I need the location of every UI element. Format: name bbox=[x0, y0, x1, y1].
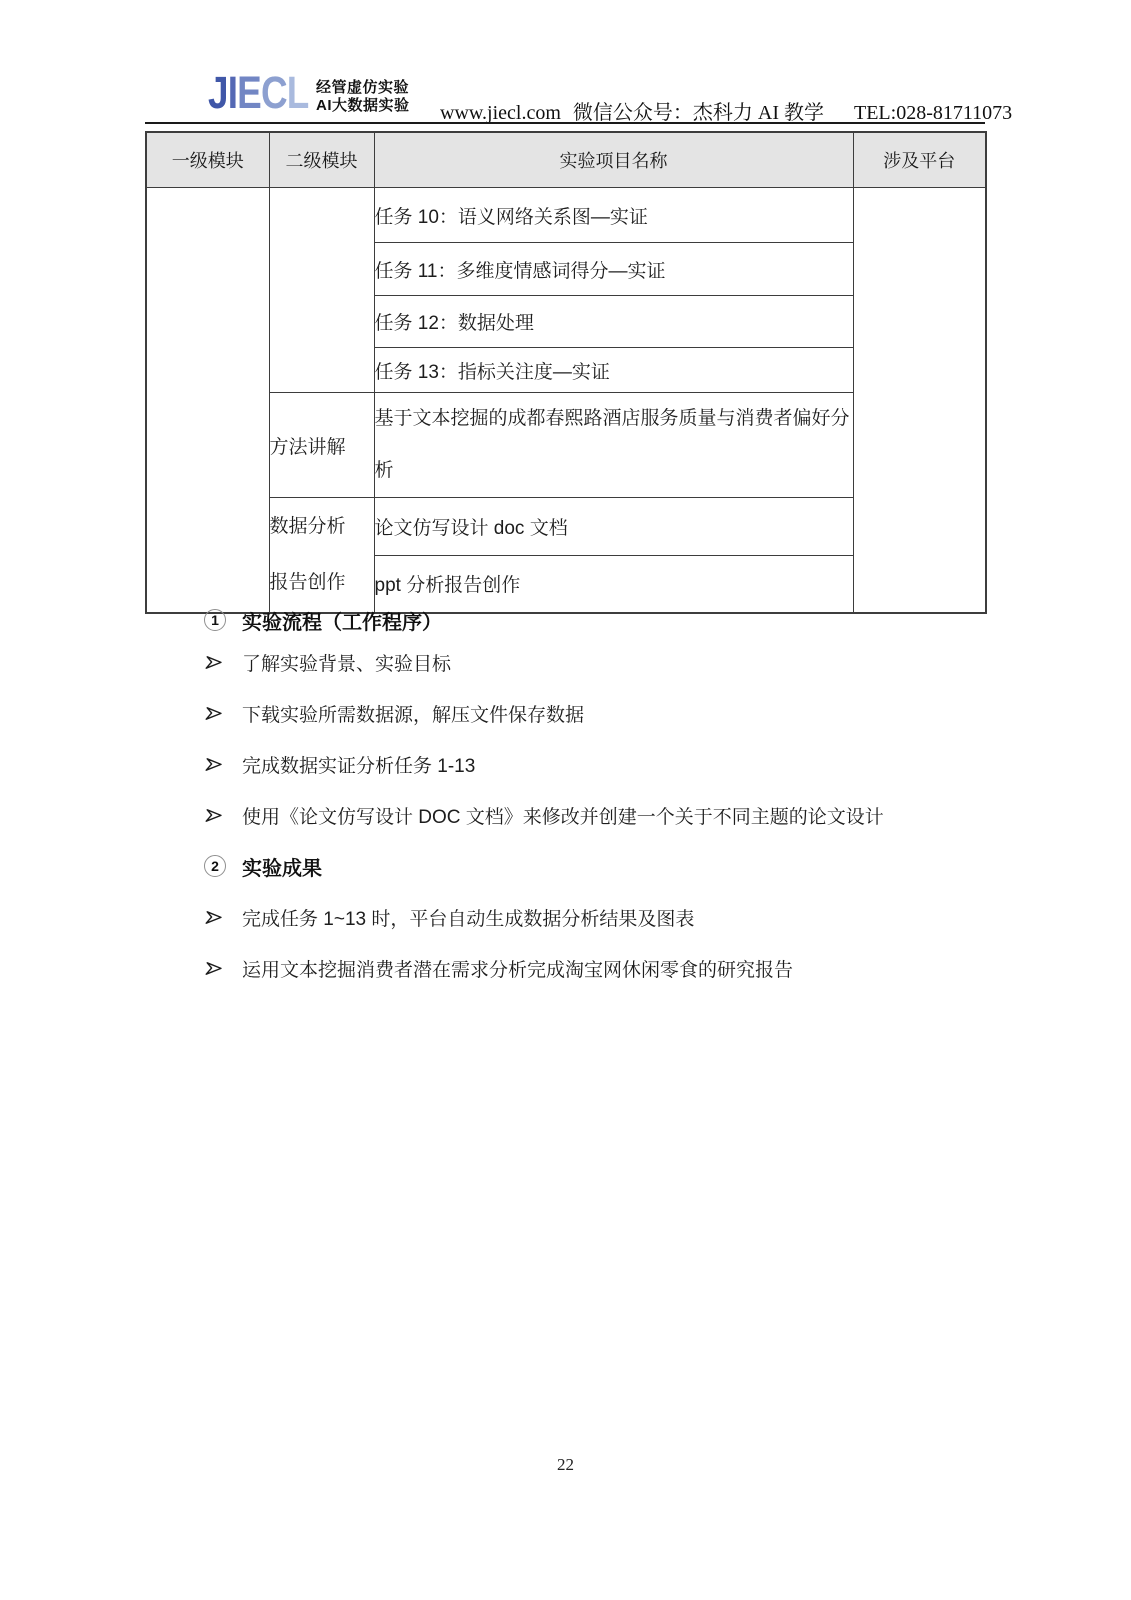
bullet-item: 完成任务 1~13 时，平台自动生成数据分析结果及图表 bbox=[204, 903, 694, 931]
report-group-line2: 报告创作 bbox=[270, 555, 374, 611]
bullet-item-text: 了解实验背景、实验目标 bbox=[242, 649, 451, 676]
header-contact: www.jiecl.com微信公众号：杰科力 AI 教学TEL:028-8171… bbox=[440, 96, 1012, 125]
circled-number-icon: 1 bbox=[204, 609, 226, 631]
circled-number-icon: 2 bbox=[204, 855, 226, 877]
bullet-item-text: 完成任务 1~13 时，平台自动生成数据分析结果及图表 bbox=[242, 904, 694, 931]
bullet-item-text: 完成数据实证分析任务 1-13 bbox=[242, 751, 475, 778]
report-ppt-cell: ppt 分析报告创作 bbox=[374, 556, 853, 613]
bullet-item-text: 运用文本挖掘消费者潜在需求分析完成淘宝网休闲零食的研究报告 bbox=[242, 955, 793, 982]
section-heading: 1 实验流程（工作程序） bbox=[204, 606, 442, 634]
wechat-text: 微信公众号：杰科力 AI 教学 bbox=[573, 102, 824, 124]
logo-tagline-line2: AI大数据实验 bbox=[316, 97, 410, 115]
table-row: 任务 10：语义网络关系图—实证 bbox=[146, 188, 986, 243]
report-doc-cell: 论文仿写设计 doc 文档 bbox=[374, 498, 853, 556]
table-header-row: 一级模块 二级模块 实验项目名称 涉及平台 bbox=[146, 132, 986, 188]
section-title: 实验成果 bbox=[242, 852, 322, 881]
method-group-cell: 方法讲解 bbox=[269, 393, 374, 498]
task-cell: 任务 10：语义网络关系图—实证 bbox=[374, 188, 853, 243]
method-project-cell: 基于文本挖掘的成都春熙路酒店服务质量与消费者偏好分析 bbox=[374, 393, 853, 498]
logo-tagline: 经管虚仿实验 AI大数据实验 bbox=[316, 79, 410, 115]
bullet-item-text: 使用《论文仿写设计 DOC 文档》来修改并创建一个关于不同主题的论文设计 bbox=[242, 802, 884, 829]
website-text: www.jiecl.com bbox=[440, 102, 561, 124]
bullet-item: 完成数据实证分析任务 1-13 bbox=[204, 750, 475, 778]
jiecl-logo-text: JIECL bbox=[208, 70, 309, 115]
module2-empty-cell bbox=[269, 188, 374, 393]
section-title: 实验流程（工作程序） bbox=[242, 606, 442, 635]
task-cell: 任务 11：多维度情感词得分—实证 bbox=[374, 243, 853, 296]
arrow-bullet-icon bbox=[204, 961, 226, 976]
document-page: JIECL 经管虚仿实验 AI大数据实验 www.jiecl.com微信公众号：… bbox=[0, 0, 1131, 1600]
col-header-platform: 涉及平台 bbox=[853, 132, 986, 188]
col-header-project: 实验项目名称 bbox=[374, 132, 853, 188]
platform-empty-cell bbox=[853, 188, 986, 613]
logo-tagline-line1: 经管虚仿实验 bbox=[316, 79, 410, 97]
arrow-bullet-icon bbox=[204, 655, 226, 670]
header-rule bbox=[145, 122, 985, 124]
task-cell: 任务 12：数据处理 bbox=[374, 296, 853, 348]
bullet-item: 使用《论文仿写设计 DOC 文档》来修改并创建一个关于不同主题的论文设计 bbox=[204, 801, 884, 829]
bullet-item: 运用文本挖掘消费者潜在需求分析完成淘宝网休闲零食的研究报告 bbox=[204, 954, 793, 982]
arrow-bullet-icon bbox=[204, 706, 226, 721]
tel-text: TEL:028-81711073 bbox=[854, 102, 1012, 124]
experiment-table: 一级模块 二级模块 实验项目名称 涉及平台 任务 10：语义网络关系图—实证 任… bbox=[145, 131, 987, 614]
report-group-line1: 数据分析 bbox=[270, 499, 374, 555]
bullet-item: 了解实验背景、实验目标 bbox=[204, 648, 451, 676]
arrow-bullet-icon bbox=[204, 910, 226, 925]
module1-empty-cell bbox=[146, 188, 269, 613]
col-header-module1: 一级模块 bbox=[146, 132, 269, 188]
section-heading: 2 实验成果 bbox=[204, 852, 322, 880]
bullet-item-text: 下载实验所需数据源，解压文件保存数据 bbox=[242, 700, 584, 727]
report-group-cell: 数据分析 报告创作 bbox=[269, 498, 374, 613]
task-cell: 任务 13：指标关注度—实证 bbox=[374, 348, 853, 393]
arrow-bullet-icon bbox=[204, 757, 226, 772]
arrow-bullet-icon bbox=[204, 808, 226, 823]
col-header-module2: 二级模块 bbox=[269, 132, 374, 188]
page-number: 22 bbox=[0, 1455, 1131, 1475]
bullet-item: 下载实验所需数据源，解压文件保存数据 bbox=[204, 699, 584, 727]
